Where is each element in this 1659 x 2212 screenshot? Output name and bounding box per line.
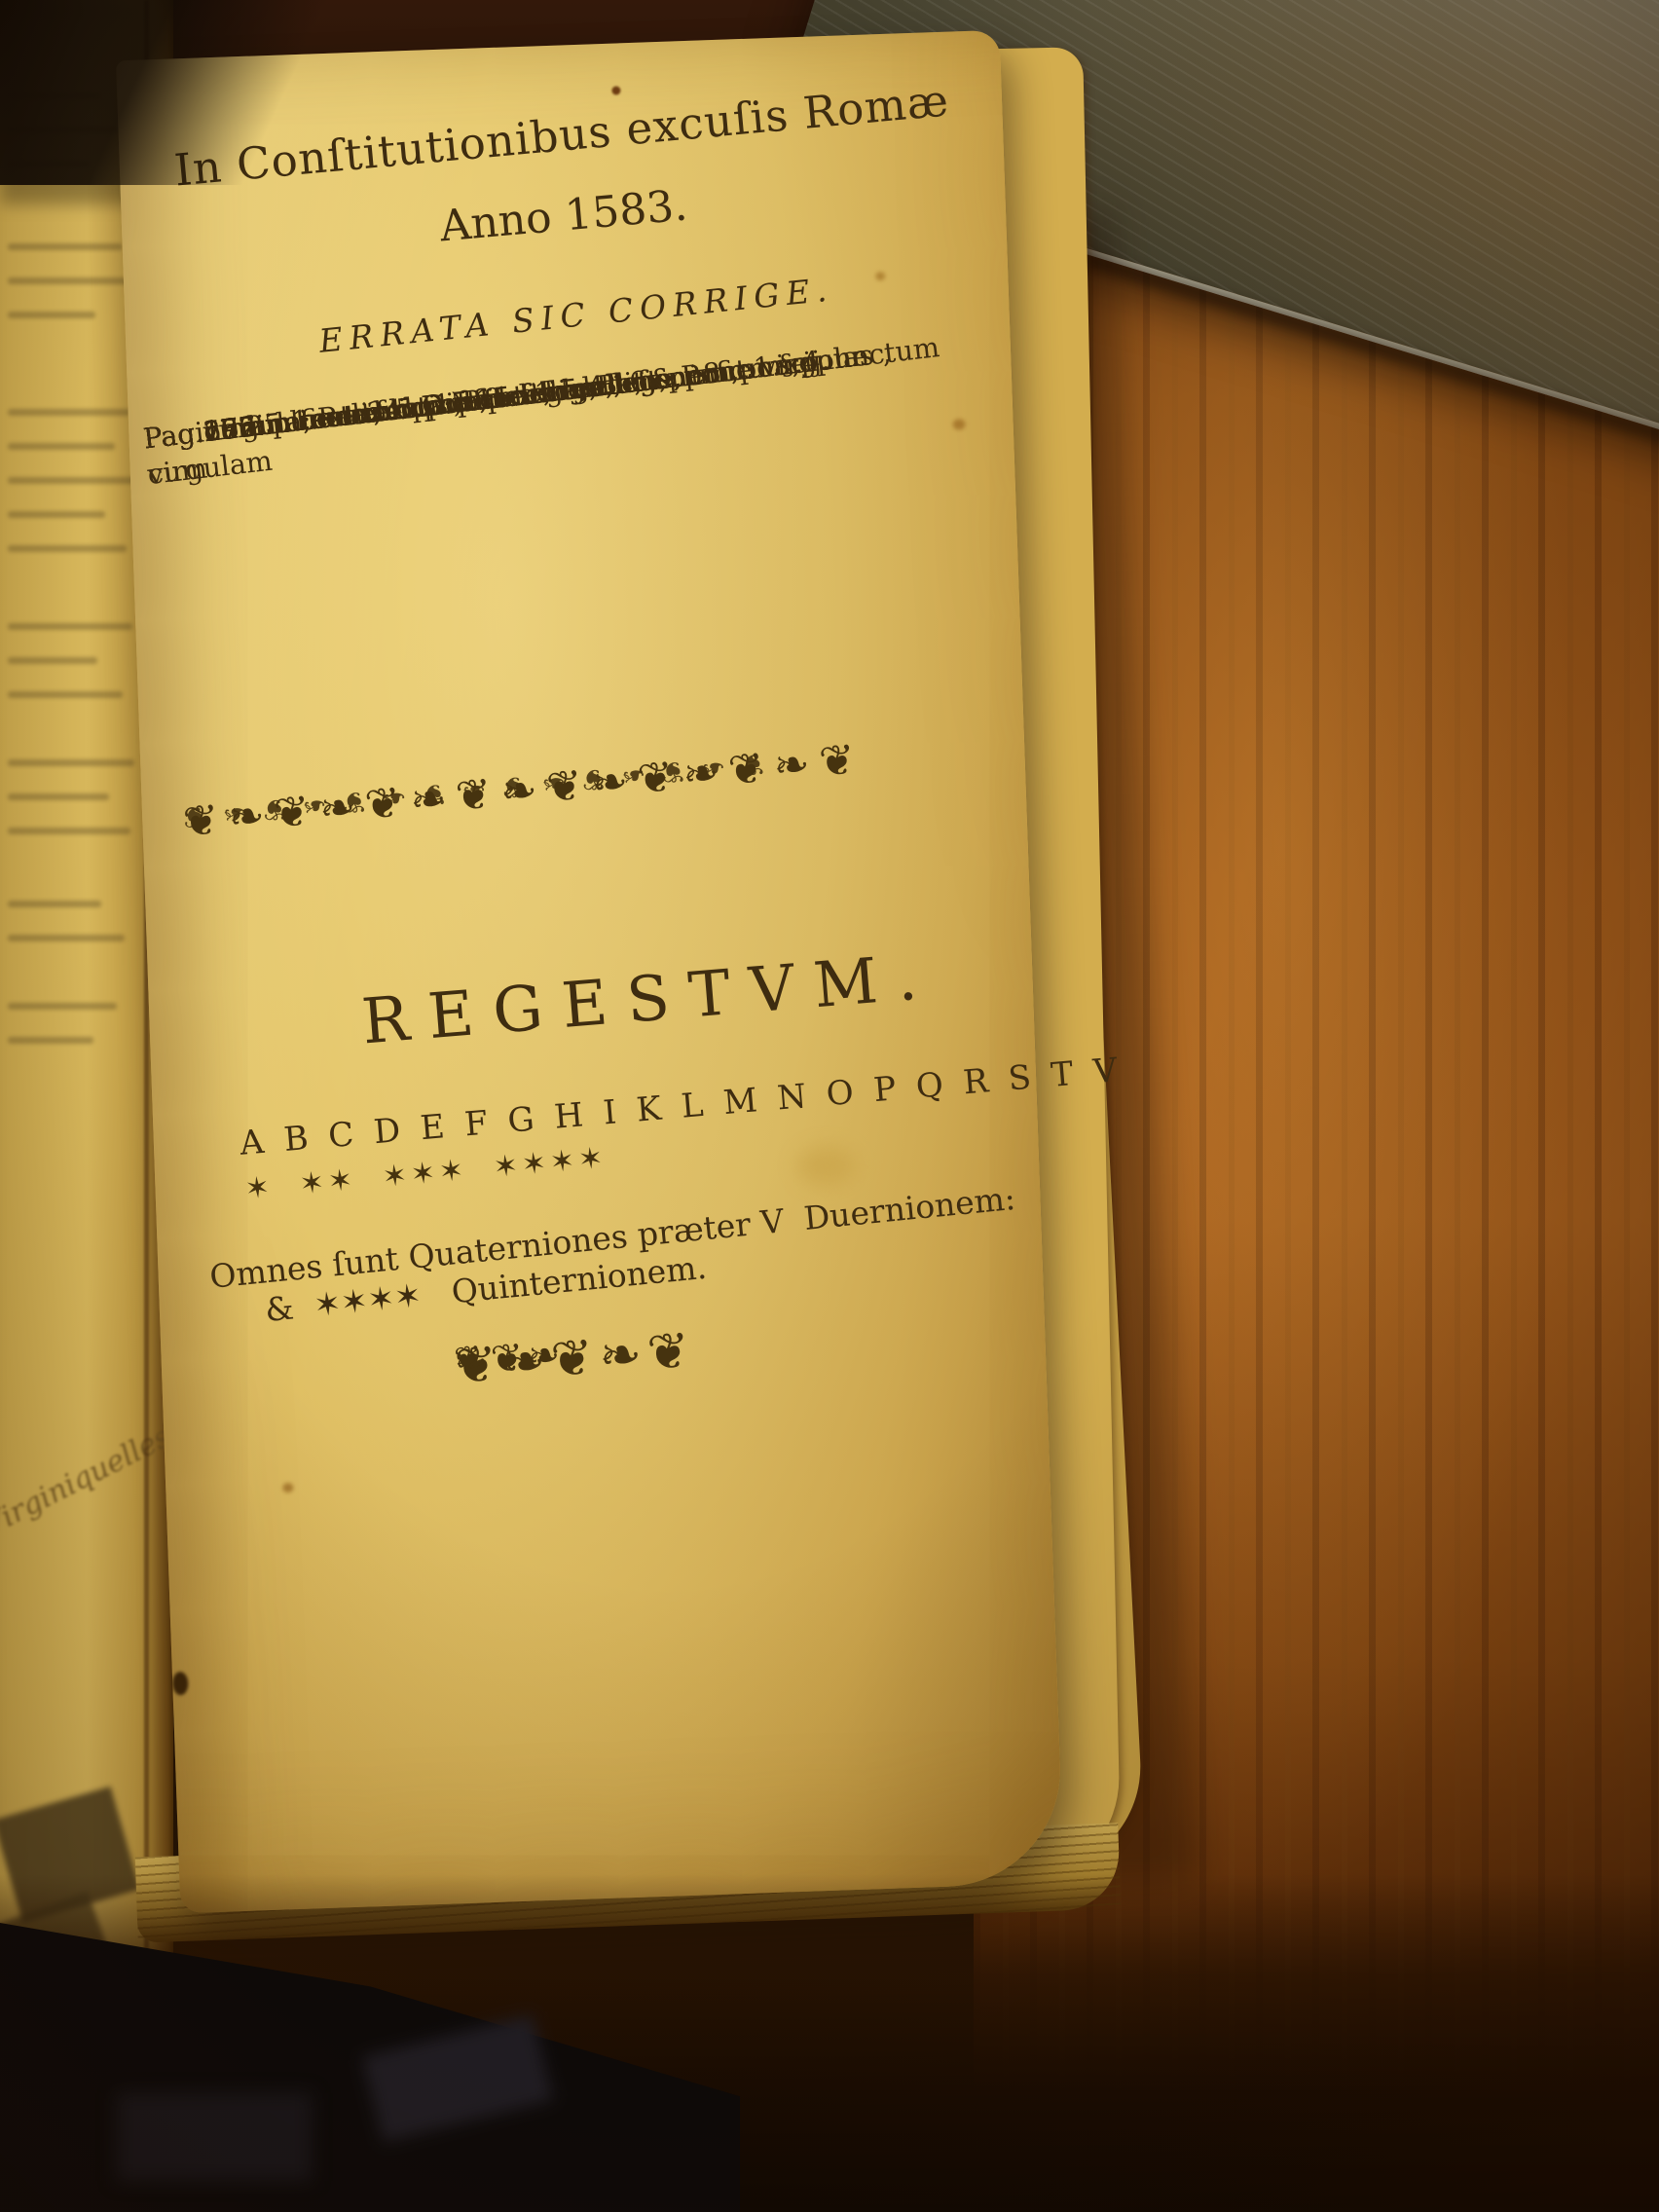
blurred-text-line <box>8 312 95 318</box>
blurred-text-line <box>8 443 115 450</box>
dark-shape <box>117 2093 312 2181</box>
corner-shadow <box>0 0 370 185</box>
errata-list: Pagina 25.linea 24.parenteſim dele, & po… <box>141 323 984 421</box>
blurred-text-line <box>8 277 136 284</box>
blurred-text-line <box>8 409 130 416</box>
blurred-text-line <box>8 828 130 834</box>
blurred-text-line <box>8 511 105 518</box>
blurred-text-line <box>8 759 134 766</box>
blurred-text-line <box>8 1037 93 1044</box>
tailpiece-ornament-icon: ❦❧❦❧❦ ❧❦❧ ❦ <box>453 1315 861 1344</box>
foxing-spot <box>952 419 965 429</box>
blurred-text-line <box>8 545 127 552</box>
blurred-text-line <box>8 793 109 800</box>
foxing-spot <box>611 86 620 94</box>
photo-of-book-page: Virginiquelles. In Conſtitutionibus excu… <box>0 0 1659 2212</box>
foxing-spot <box>282 1483 293 1493</box>
binding-hole <box>172 1672 189 1696</box>
blurred-text-line <box>8 1003 117 1010</box>
blurred-text-line <box>8 243 123 250</box>
errata-heading: ERRATA SIC CORRIGE. <box>317 270 835 359</box>
signature-alphabet: A B C D E F G H I K L M N O P Q R S T V <box>239 1051 1124 1163</box>
main-page: In Conſtitutionibus excuſis Romæ Anno 15… <box>116 30 1064 1914</box>
foxing-spot <box>875 272 885 280</box>
regestum-title: REGESTVM. <box>359 940 939 1058</box>
blurred-text-line <box>8 691 123 698</box>
blurred-text-line <box>8 477 138 484</box>
foxing-spot <box>796 1146 856 1187</box>
blurred-text-line <box>8 623 132 630</box>
blurred-text-line <box>8 657 97 664</box>
ornament-band-icon: ❦❧❦❧❦❧❦❧❦❧❦❧❦❧❦ ❦❧❦❧❦❧❦❧❦❧❦❧❦❧❦ <box>181 730 976 805</box>
blurred-text-line <box>8 901 101 907</box>
blurred-text-line <box>8 935 125 941</box>
